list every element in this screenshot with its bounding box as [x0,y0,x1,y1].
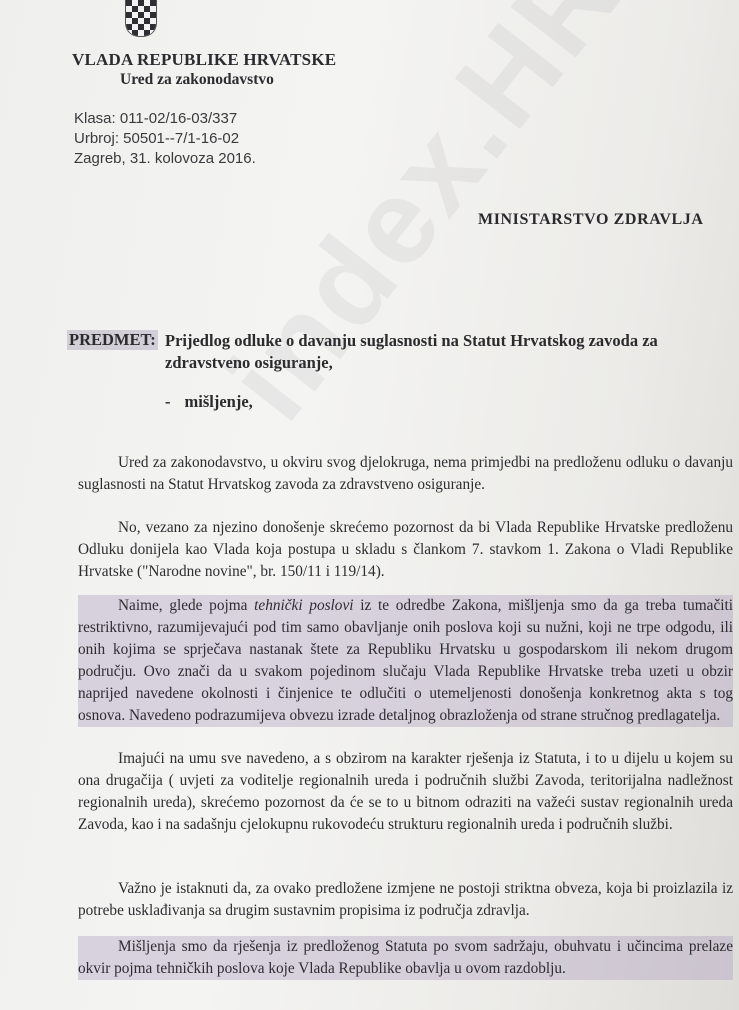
urbroj-reference: Urbroj: 50501--7/1-16-02 [74,130,239,147]
document-page: VLADA REPUBLIKE HRVATSKE Ured za zakonod… [0,0,739,1010]
paragraph-3-before: Naime, glede pojma [118,597,254,614]
paragraph-2: No, vezano za njezino donošenje skrećemo… [78,517,733,583]
paragraph-5: Važno je istaknuti da, za ovako predlože… [78,878,733,922]
paragraph-1: Ured za zakonodavstvo, u okviru svog dje… [78,452,733,496]
recipient: MINISTARSTVO ZDRAVLJA [478,211,704,229]
paragraph-6-text: Mišljenja smo da rješenja iz predloženog… [78,938,733,977]
subject-sub-item: -mišljenje, [165,392,253,412]
paragraph-5-text: Važno je istaknuti da, za ovako predlože… [78,880,733,919]
paragraph-1-text: Ured za zakonodavstvo, u okviru svog dje… [78,454,733,493]
paragraph-3-after: iz te odredbe Zakona, mišljenja smo da g… [78,597,733,724]
klasa-reference: Klasa: 011-02/16-03/337 [74,110,237,127]
subject-label: PREDMET: [67,330,158,350]
paragraph-3-emphasis: tehnički poslovi [254,597,353,614]
croatian-coat-of-arms-icon [125,0,157,37]
place-date: Zagreb, 31. kolovoza 2016. [74,150,256,167]
paragraph-4-text: Imajući na umu sve navedeno, a s obzirom… [78,750,733,833]
paragraph-4: Imajući na umu sve navedeno, a s obzirom… [78,748,733,836]
institution-name: VLADA REPUBLIKE HRVATSKE [72,50,336,70]
office-name: Ured za zakonodavstvo [120,71,274,89]
subject-text: Prijedlog odluke o davanju suglasnosti n… [165,330,735,374]
subject-sub-item-text: mišljenje, [185,392,253,411]
paragraph-6: Mišljenja smo da rješenja iz predloženog… [78,936,733,980]
subject-dash: - [165,392,171,411]
paragraph-2-text: No, vezano za njezino donošenje skrećemo… [78,519,733,580]
paragraph-3: Naime, glede pojma tehnički poslovi iz t… [78,595,733,727]
